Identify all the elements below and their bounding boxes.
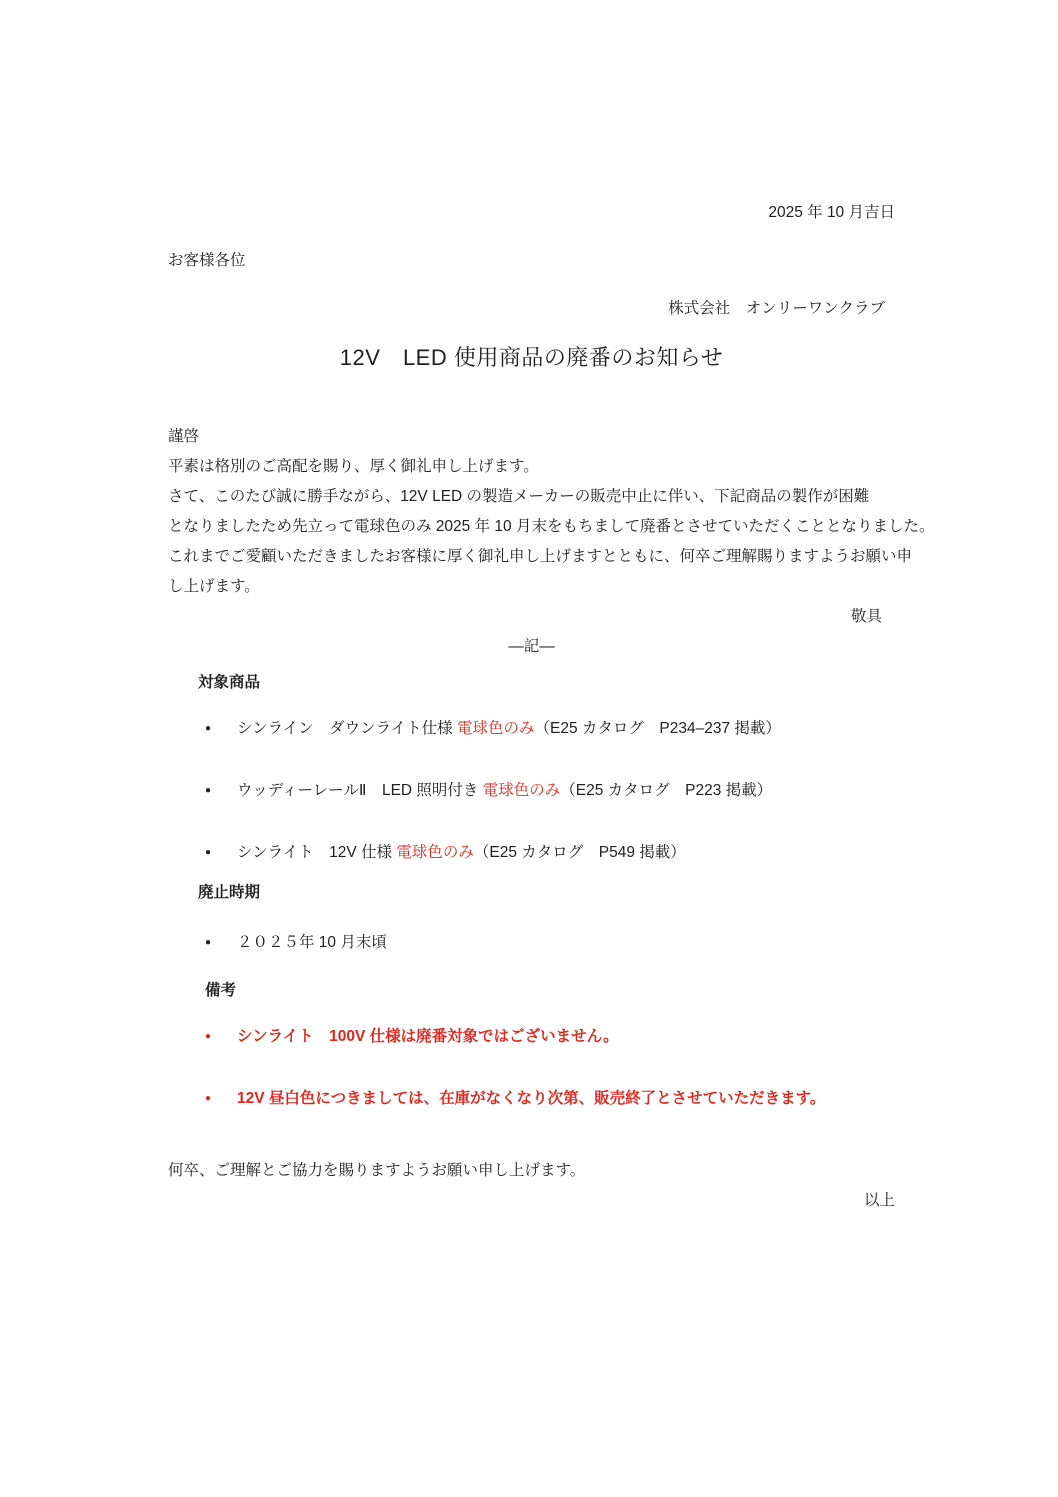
- bullet-icon: ●: [205, 838, 237, 868]
- bullet-icon: ●: [205, 1084, 237, 1114]
- company-name: 株式会社 オンリーワンクラブ: [168, 298, 895, 320]
- closing-request: 何卒、ご理解とご協力を賜りますようお願い申し上げます。: [168, 1156, 895, 1186]
- bullet-icon: ●: [205, 1022, 237, 1052]
- product-item-text: ウッディーレールⅡ LED 照明付き 電球色のみ（E25 カタログ P223 掲…: [237, 776, 772, 806]
- product-item-text: シンライト 12V 仕様 電球色のみ（E25 カタログ P549 掲載）: [237, 838, 686, 868]
- document-title: 12V LED 使用商品の廃番のお知らせ: [168, 342, 895, 374]
- product-item-text: シンライン ダウンライト仕様 電球色のみ（E25 カタログ P234–237 掲…: [237, 714, 781, 744]
- body-line-2: さて、このたび誠に勝手ながら、12V LED の製造メーカーの販売中止に伴い、下…: [168, 482, 895, 512]
- note-text: 12V 昼白色につきましては、在庫がなくなり次第、販売終了とさせていただきます。: [237, 1084, 825, 1114]
- product-text-pre: シンライン ダウンライト仕様: [237, 720, 457, 737]
- closing-salutation: 敬具: [168, 602, 895, 632]
- document-page: 2025 年 10 月吉日 お客様各位 株式会社 オンリーワンクラブ 12V L…: [0, 0, 1058, 1497]
- product-list-item: ● シンライン ダウンライト仕様 電球色のみ（E25 カタログ P234–237…: [205, 714, 895, 744]
- end-marker: 以上: [168, 1186, 895, 1216]
- date-text: 2025 年 10 月吉日: [168, 202, 895, 224]
- product-text-pre: ウッディーレールⅡ LED 照明付き: [237, 782, 483, 799]
- product-highlight-red: 電球色のみ: [457, 720, 535, 737]
- body-line-1: 平素は格別のご高配を賜り、厚く御礼申し上げます。: [168, 452, 895, 482]
- letter-body: 謹啓 平素は格別のご高配を賜り、厚く御礼申し上げます。 さて、このたび誠に勝手な…: [168, 422, 895, 602]
- salutation: 謹啓: [168, 422, 895, 452]
- section-heading-discontinue-date: 廃止時期: [198, 878, 895, 908]
- product-text-post: （E25 カタログ P234–237 掲載）: [535, 720, 781, 737]
- body-line-3: となりましたため先立って電球色のみ 2025 年 10 月末をもちまして廃番とさ…: [168, 512, 895, 542]
- body-line-5: し上げます。: [168, 572, 895, 602]
- product-list-item: ● シンライト 12V 仕様 電球色のみ（E25 カタログ P549 掲載）: [205, 838, 895, 868]
- note-text: シンライト 100V 仕様は廃番対象ではございません。: [237, 1022, 619, 1052]
- note-item: ● 12V 昼白色につきましては、在庫がなくなり次第、販売終了とさせていただきま…: [205, 1084, 895, 1114]
- product-list-item: ● ウッディーレールⅡ LED 照明付き 電球色のみ（E25 カタログ P223…: [205, 776, 895, 806]
- product-text-post: （E25 カタログ P549 掲載）: [474, 844, 686, 861]
- section-heading-products: 対象商品: [198, 668, 895, 698]
- discontinue-date-item: ● ２０２５年 10 月末頃: [205, 928, 895, 958]
- section-heading-notes: 備考: [205, 976, 895, 1006]
- bullet-icon: ●: [205, 714, 237, 744]
- record-separator: ―記―: [168, 632, 895, 662]
- body-line-4: これまでご愛顧いただきましたお客様に厚く御礼申し上げますとともに、何卒ご理解賜り…: [168, 542, 895, 572]
- bullet-icon: ●: [205, 776, 237, 806]
- note-item: ● シンライト 100V 仕様は廃番対象ではございません。: [205, 1022, 895, 1052]
- product-text-pre: シンライト 12V 仕様: [237, 844, 396, 861]
- recipient-text: お客様各位: [168, 250, 895, 272]
- product-text-post: （E25 カタログ P223 掲載）: [560, 782, 772, 799]
- product-highlight-red: 電球色のみ: [483, 782, 561, 799]
- bullet-icon: ●: [205, 928, 237, 958]
- discontinue-date-text: ２０２５年 10 月末頃: [237, 928, 387, 958]
- product-highlight-red: 電球色のみ: [396, 844, 474, 861]
